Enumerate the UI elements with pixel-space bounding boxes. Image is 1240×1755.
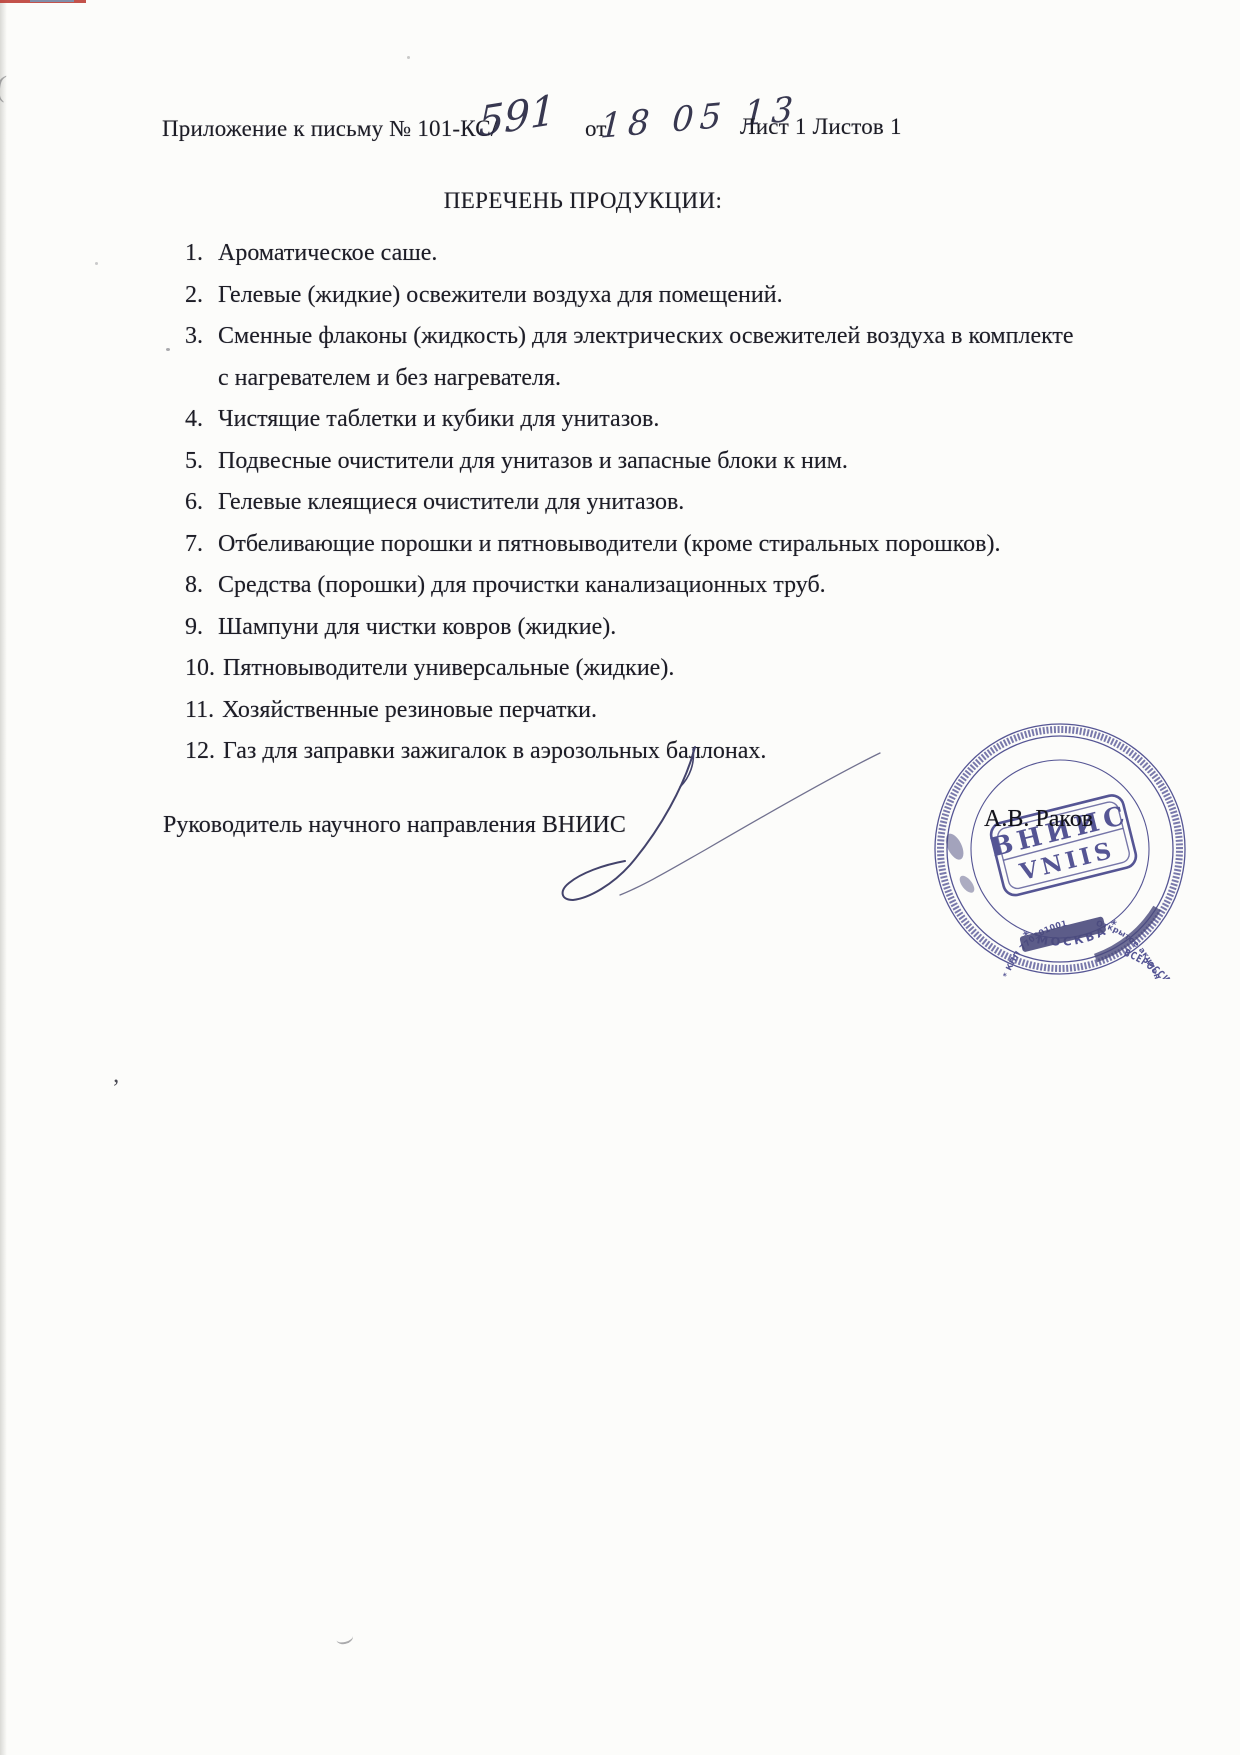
- header-sheet-count: Лист 1 Листов 1: [740, 114, 902, 140]
- list-item: 8.Средства (порошки) для прочистки канал…: [0, 565, 1170, 607]
- list-item-text: Подвесные очистители для унитазов и запа…: [218, 441, 848, 483]
- list-item: 10.Пятновыводители универсальные (жидкие…: [0, 648, 1170, 690]
- list-item-text: Чистящие таблетки и кубики для унитазов.: [218, 399, 659, 441]
- list-item-number: 6.: [185, 482, 210, 524]
- list-item-text: Средства (порошки) для прочистки канализ…: [218, 565, 826, 607]
- list-item-number: 2.: [185, 275, 210, 317]
- list-item: 9.Шампуни для чистки ковров (жидкие).: [0, 607, 1170, 649]
- list-item-text: Сменные флаконы (жидкость) для электриче…: [218, 316, 1074, 399]
- document-page: ( ‚ Приложение к письму № 101-КС/ 591 от…: [0, 0, 1240, 1755]
- scan-artifact-mark: ‚: [112, 1062, 120, 1089]
- scan-artifact-smudge: [335, 1630, 354, 1646]
- list-item-text: Гелевые клеящиеся очистители для унитазо…: [218, 482, 684, 524]
- list-item-number: 3.: [185, 316, 210, 399]
- list-item: 4.Чистящие таблетки и кубики для унитазо…: [0, 399, 1170, 441]
- list-item: 5.Подвесные очистители для унитазов и за…: [0, 441, 1170, 483]
- list-item-text: Ароматическое саше.: [218, 233, 437, 275]
- list-item: 7.Отбеливающие порошки и пятновыводители…: [0, 524, 1170, 566]
- list-item-number: 4.: [185, 399, 210, 441]
- list-item-number: 1.: [185, 233, 210, 275]
- list-item-number: 9.: [185, 607, 210, 649]
- handwritten-letter-number: 591: [478, 86, 556, 147]
- list-item-number: 10.: [185, 648, 215, 690]
- list-item-text: Отбеливающие порошки и пятновыводители (…: [218, 524, 1000, 566]
- list-item-number: 8.: [185, 565, 210, 607]
- vniis-stamp: ВСЕРОССИЙСКИЙ НАУЧНО-ИССЛЕДОВАТЕЛЬСКИЙ И…: [930, 719, 1190, 979]
- list-item-text: Хозяйственные резиновые перчатки.: [222, 690, 597, 732]
- list-item-number: 11.: [185, 690, 214, 732]
- scan-artifact-dot: [407, 56, 410, 59]
- list-item: 6.Гелевые клеящиеся очистители для унита…: [0, 482, 1170, 524]
- list-item-number: 12.: [185, 731, 215, 773]
- product-list: 1.Ароматическое саше.2.Гелевые (жидкие) …: [0, 233, 1170, 773]
- page-title: ПЕРЕЧЕНЬ ПРОДУКЦИИ:: [0, 188, 1203, 214]
- list-item: 1.Ароматическое саше.: [0, 233, 1170, 275]
- header-letter-reference: Приложение к письму № 101-КС/: [162, 116, 497, 142]
- list-item: 3.Сменные флаконы (жидкость) для электри…: [0, 316, 1170, 399]
- list-item-text: Шампуни для чистки ковров (жидкие).: [218, 607, 616, 649]
- list-item-text: Гелевые (жидкие) освежители воздуха для …: [218, 275, 783, 317]
- list-item-number: 5.: [185, 441, 210, 483]
- handwritten-signature: [535, 745, 885, 915]
- list-item: 2.Гелевые (жидкие) освежители воздуха дл…: [0, 275, 1170, 317]
- list-item-number: 7.: [185, 524, 210, 566]
- signatory-name: А.В. Раков: [984, 806, 1093, 833]
- list-item-text: Пятновыводители универсальные (жидкие).: [223, 648, 674, 690]
- scan-artifact-blue-line: [30, 0, 74, 2]
